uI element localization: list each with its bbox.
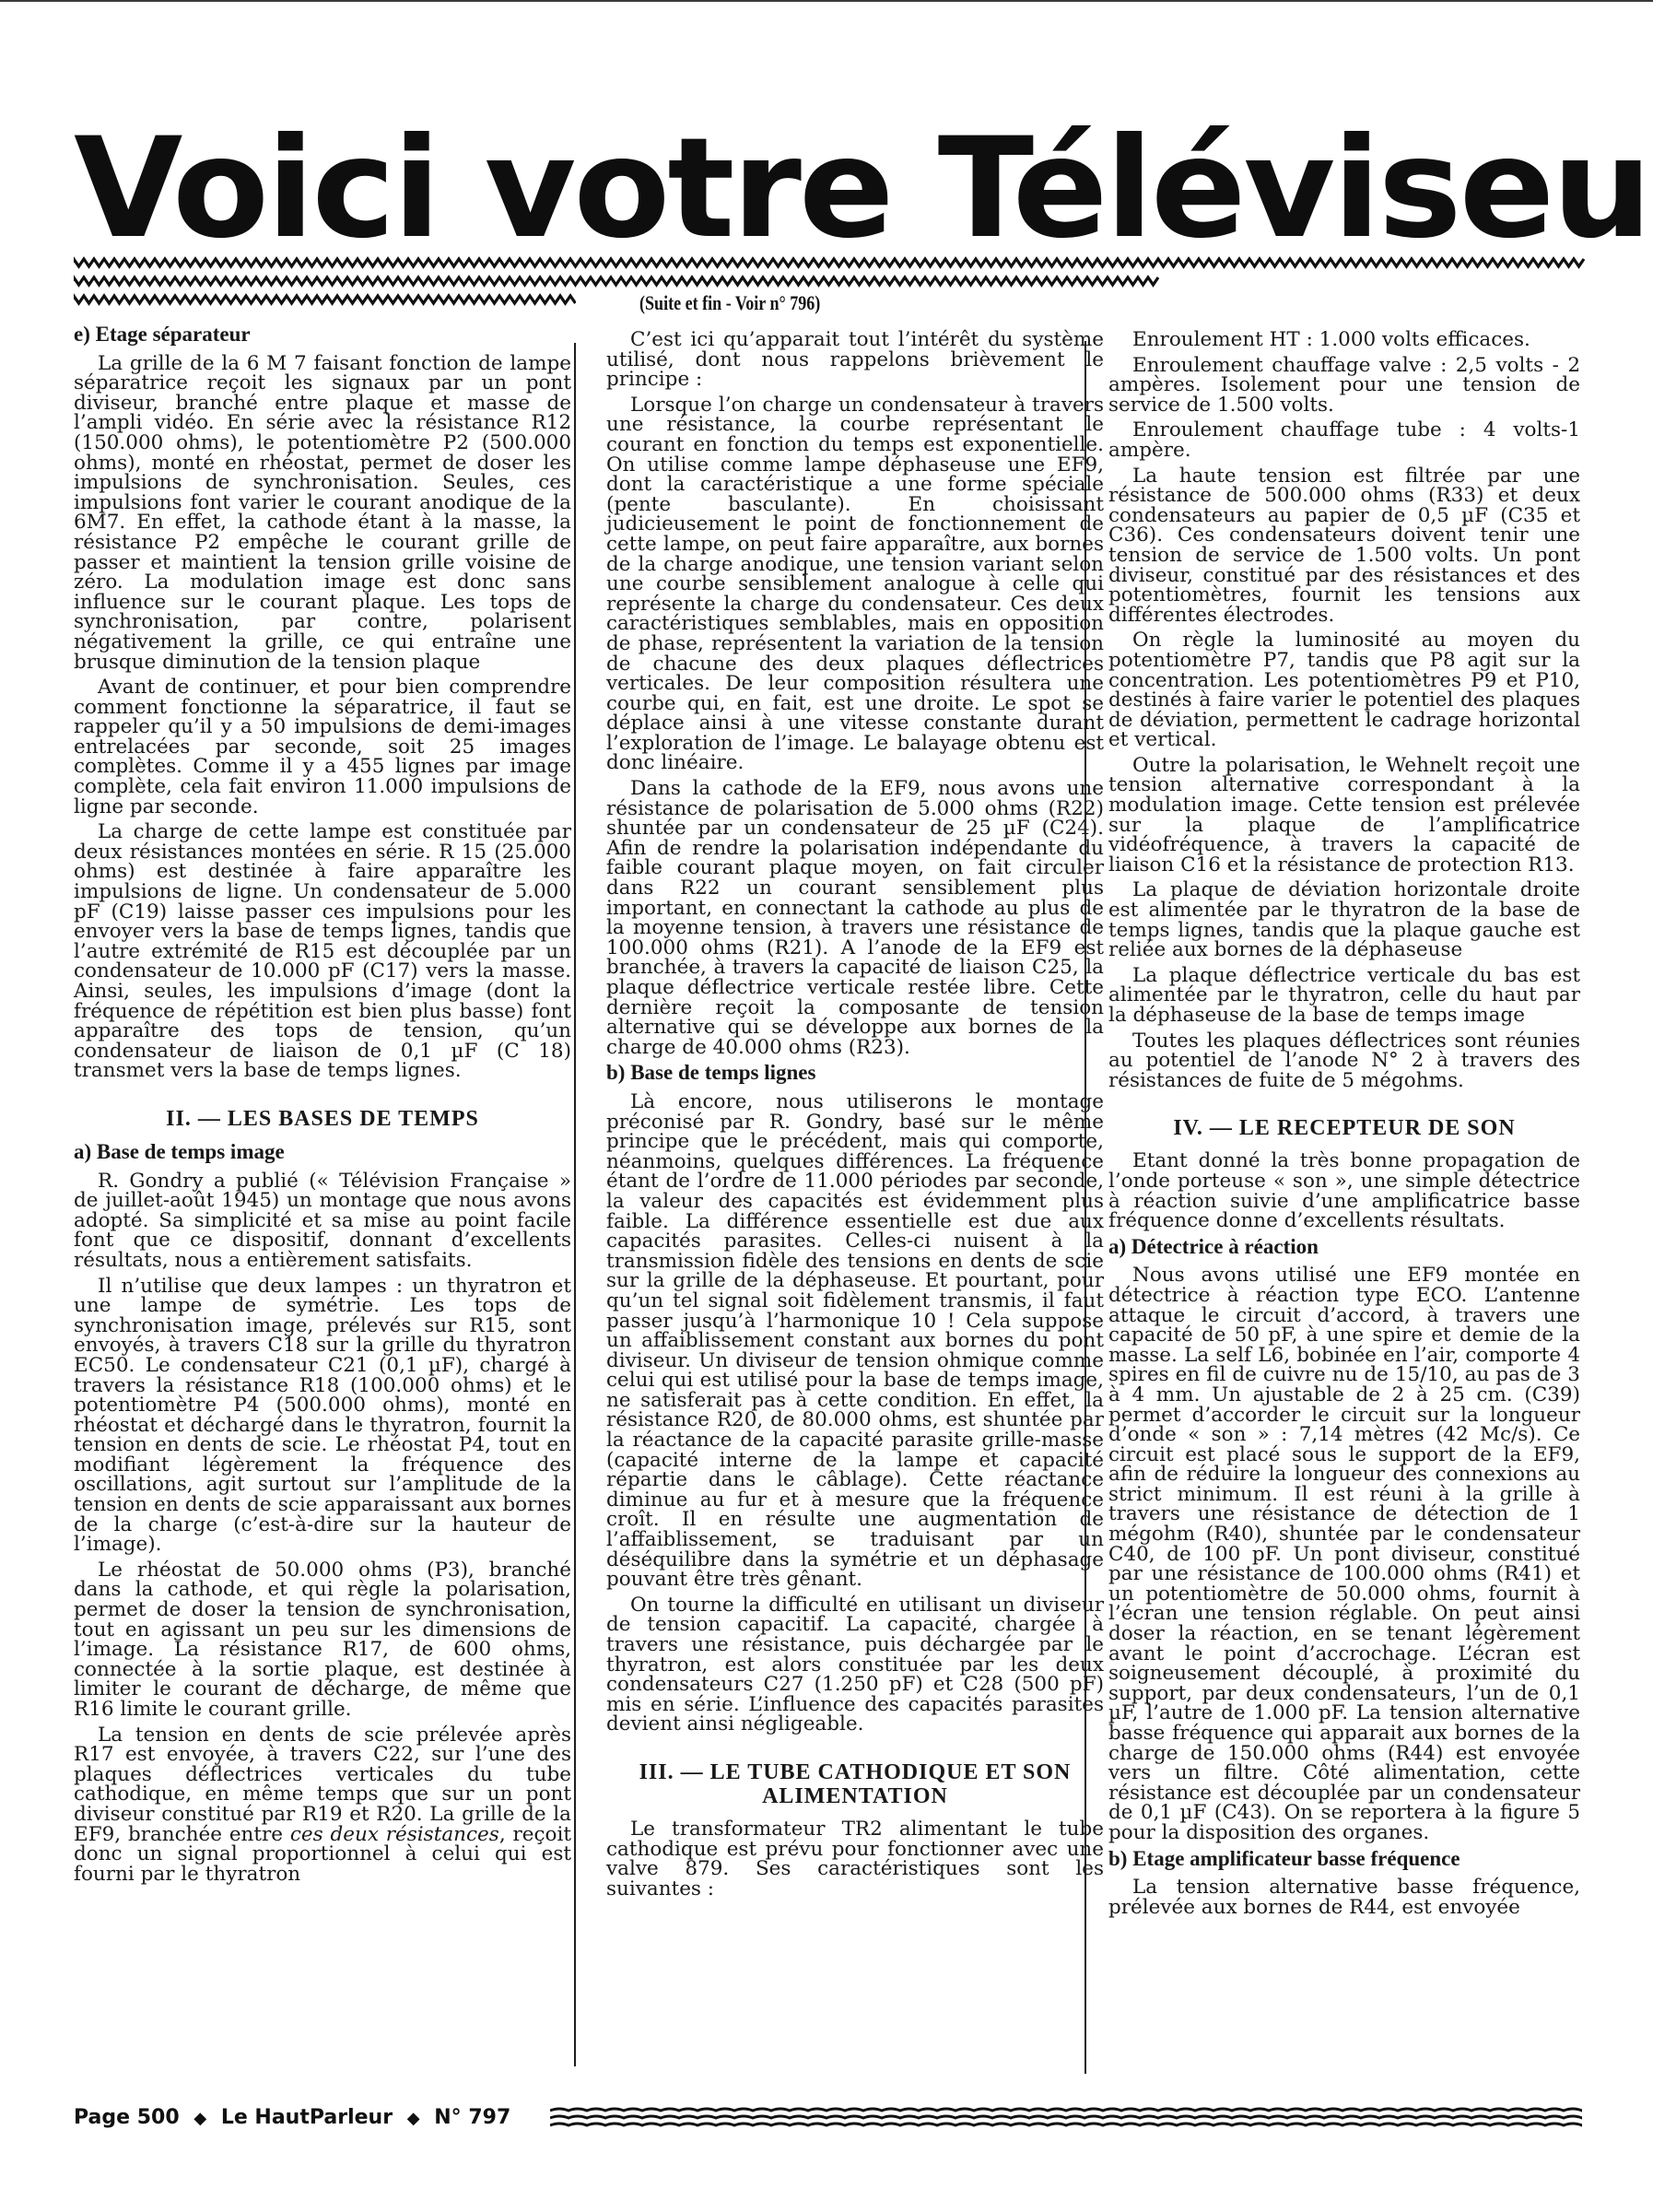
paragraph: La tension alternative basse fréquence, … [1108, 1877, 1580, 1917]
paragraph: La grille de la 6 M 7 faisant fonction d… [74, 354, 571, 673]
zigzag-ornament-rule [74, 275, 1161, 288]
article-column-3: Enroulement HT : 1.000 volts efficaces.E… [1108, 330, 1580, 1923]
emphasis: ces deux résistances [290, 1823, 499, 1846]
section-heading: IV. — LE RECEPTEUR DE SON [1108, 1116, 1580, 1140]
article-column-2: C’est ici qu’apparait tout l’intérêt du … [606, 330, 1104, 1904]
paragraph: La plaque de déviation horizontale droit… [1108, 880, 1580, 959]
issue-number: N° 797 [434, 2106, 510, 2129]
paragraph: Il n’utilise que deux lampes : un thyrat… [74, 1277, 571, 1555]
paragraph: Enroulement chauffage tube : 4 volts-1 a… [1108, 420, 1580, 460]
paragraph: Là encore, nous utiliserons le montage p… [606, 1092, 1104, 1590]
paragraph: Etant donné la très bonne propagation de… [1108, 1151, 1580, 1230]
paragraph: La haute tension est filtrée par une rés… [1108, 466, 1580, 626]
subsection-heading: b) Base de temps lignes [606, 1063, 1104, 1083]
headline-title: Voici votre Téléviseur! [74, 115, 1615, 263]
section-heading: III. — LE TUBE CATHODIQUE ET SON ALIMENT… [606, 1760, 1104, 1808]
paragraph: Enroulement chauffage valve : 2,5 volts … [1108, 356, 1580, 416]
paragraph: La plaque déflectrice verticale du bas e… [1108, 966, 1580, 1026]
paragraph: Enroulement HT : 1.000 volts efficaces. [1108, 330, 1580, 350]
paragraph: Avant de continuer, et pour bien compren… [74, 677, 571, 817]
column-divider [1084, 341, 1086, 2074]
section-heading: II. — LES BASES DE TEMPS [74, 1107, 571, 1131]
paragraph: Toutes les plaques déflectrices sont réu… [1108, 1031, 1580, 1091]
newspaper-page: Voici votre Téléviseur! (Suite et fin - … [0, 0, 1653, 2212]
subsection-heading: e) Etage séparateur [74, 324, 571, 345]
paragraph: La charge de cette lampe est constituée … [74, 822, 571, 1081]
paragraph: Nous avons utilisé une EF9 montée en dét… [1108, 1265, 1580, 1842]
page-number: Page 500 [74, 2106, 180, 2129]
paragraph: C’est ici qu’apparait tout l’intérêt du … [606, 330, 1104, 390]
paragraph: Outre la polarisation, le Wehnelt reçoit… [1108, 756, 1580, 876]
publication-name: Le HautParleur [221, 2106, 393, 2129]
zigzag-ornament-rule [74, 293, 576, 306]
column-divider [574, 343, 576, 2066]
diamond-icon: ◆ [193, 2106, 206, 2132]
paragraph: R. Gondry a publié (« Télévision Françai… [74, 1171, 571, 1271]
article-column-1: e) Etage séparateurLa grille de la 6 M 7… [74, 324, 571, 1889]
subsection-heading: b) Etage amplificateur basse fréquence [1108, 1849, 1580, 1869]
paragraph: Lorsque l’on charge un condensateur à tr… [606, 395, 1104, 773]
paragraph: Dans la cathode de la EF9, nous avons un… [606, 779, 1104, 1057]
continuation-note: (Suite et fin - Voir n° 796) [639, 290, 820, 316]
paragraph: Le transformateur TR2 alimentant le tube… [606, 1819, 1104, 1899]
page-footer: Page 500 ◆ Le HautParleur ◆ N° 797 [74, 2105, 510, 2132]
subsection-heading: a) Base de temps image [74, 1142, 571, 1162]
wavy-ornament-rule [550, 2103, 1582, 2135]
paragraph: La tension en dents de scie prélevée apr… [74, 1725, 571, 1885]
top-border-line [0, 0, 1653, 2]
paragraph: Le rhéostat de 50.000 ohms (P3), branché… [74, 1560, 571, 1720]
subsection-heading: a) Détectrice à réaction [1108, 1237, 1580, 1257]
paragraph: On règle la luminosité au moyen du poten… [1108, 630, 1580, 750]
paragraph: On tourne la difficulté en utilisant un … [606, 1595, 1104, 1735]
zigzag-ornament-rule [74, 256, 1585, 269]
diamond-icon: ◆ [407, 2106, 420, 2132]
